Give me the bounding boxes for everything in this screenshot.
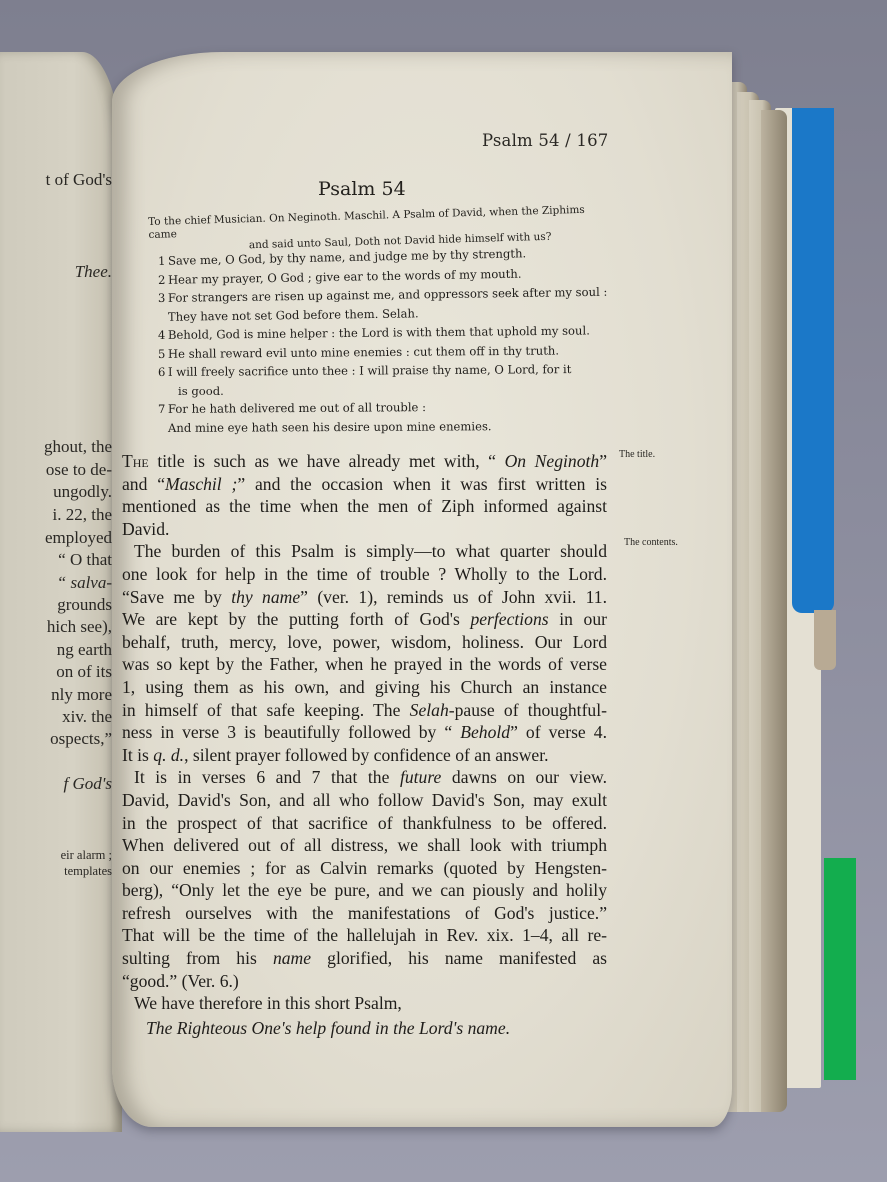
photo-scene: t of God'sThee.ghout, theose to de-ungod…: [0, 0, 887, 1182]
commentary-line: That will be the time of the hallelujah …: [122, 924, 607, 947]
commentary-line: ness in verse 3 is beautifully followed …: [122, 721, 607, 744]
green-cover-strip: [824, 858, 856, 1080]
commentary-line: It is q. d., silent prayer followed by c…: [122, 744, 607, 767]
commentary-line: mentioned as the time when the men of Zi…: [122, 495, 607, 518]
left-page-text-fragment: hich see),: [47, 617, 112, 637]
commentary-line: sulting from his name glorified, his nam…: [122, 947, 607, 970]
commentary-line: David, David's Son, and all who follow D…: [122, 789, 607, 812]
tan-cover-strip: [814, 610, 836, 670]
left-page-text-fragment: ghout, the: [44, 437, 112, 457]
left-page-text-fragment: t of God's: [46, 170, 112, 190]
margin-note-contents: The contents.: [624, 537, 678, 548]
left-page-text-fragment: f God's: [63, 774, 112, 794]
margin-note-title: The title.: [619, 449, 655, 460]
commentary-line: When delivered out of all distress, we s…: [122, 834, 607, 857]
commentary-line: refresh ourselves with the manifestation…: [122, 902, 607, 925]
left-page-text-fragment: employed: [45, 528, 112, 548]
commentary-line: 1, using them as his own, and giving his…: [122, 676, 607, 699]
commentary-line: berg), “Only let the eye be pure, and we…: [122, 879, 607, 902]
psalm-title: Psalm 54: [318, 178, 406, 200]
left-page-text-fragment: nly more: [51, 685, 112, 705]
left-page-text-fragment: on of its: [56, 662, 112, 682]
commentary-line: The title is such as we have already met…: [122, 450, 607, 473]
commentary-line: “good.” (Ver. 6.): [122, 970, 607, 993]
scripture-verses: 1Save me, O God, by thy name, and judge …: [158, 252, 613, 437]
left-page-text-fragment: i. 22, the: [53, 505, 113, 525]
verse-line: 6I will freely sacrifice unto thee : I w…: [158, 360, 613, 382]
commentary-line: It is in verses 6 and 7 that the future …: [122, 766, 607, 789]
left-page-text-fragment: Thee.: [75, 262, 112, 282]
commentary-line: behalf, truth, mercy, love, power, wisdo…: [122, 631, 607, 654]
commentary-line: in the prospect of that sacrifice of tha…: [122, 812, 607, 835]
commentary-line: and “Maschil ;” and the occasion when it…: [122, 473, 607, 496]
running-head: Psalm 54 / 167: [482, 131, 608, 150]
commentary-line: We are kept by the putting forth of God'…: [122, 608, 607, 631]
left-page-text-fragment: xiv. the: [62, 707, 112, 727]
psalm-summary: The Righteous One's help found in the Lo…: [122, 1017, 607, 1040]
left-page-text-fragment: eir alarm ;: [61, 848, 112, 863]
commentary-line: The burden of this Psalm is simply—to wh…: [122, 540, 607, 563]
commentary-line: in himself of that safe keeping. The Sel…: [122, 699, 607, 722]
blue-cover-strip: [792, 108, 834, 613]
left-page-text-fragment: “ salva-: [57, 573, 112, 593]
commentary-line: one look for help in the time of trouble…: [122, 563, 607, 586]
commentary-line: on our enemies ; for as Calvin remarks (…: [122, 857, 607, 880]
left-page-text-fragment: ose to de-: [46, 460, 112, 480]
commentary-body: The title is such as we have already met…: [122, 450, 607, 1039]
left-page-text-fragment: templates: [64, 864, 112, 879]
commentary-line: David.: [122, 518, 607, 541]
left-page-text-fragment: ungodly.: [53, 482, 112, 502]
verse-line: And mine eye hath seen his desire upon m…: [158, 416, 613, 437]
commentary-line: “Save me by thy name” (ver. 1), reminds …: [122, 586, 607, 609]
commentary-line: We have therefore in this short Psalm,: [122, 992, 607, 1015]
left-page-text-fragment: “ O that: [58, 550, 112, 570]
left-page-text-fragment: grounds: [57, 595, 112, 615]
commentary-line: was so kept by the Father, when he praye…: [122, 653, 607, 676]
verse-line: 7For he hath delivered me out of all tro…: [158, 397, 613, 419]
left-page: t of God'sThee.ghout, theose to de-ungod…: [0, 52, 122, 1132]
left-page-text-fragment: ng earth: [57, 640, 112, 660]
left-page-text-fragment: ospects,”: [50, 729, 112, 749]
